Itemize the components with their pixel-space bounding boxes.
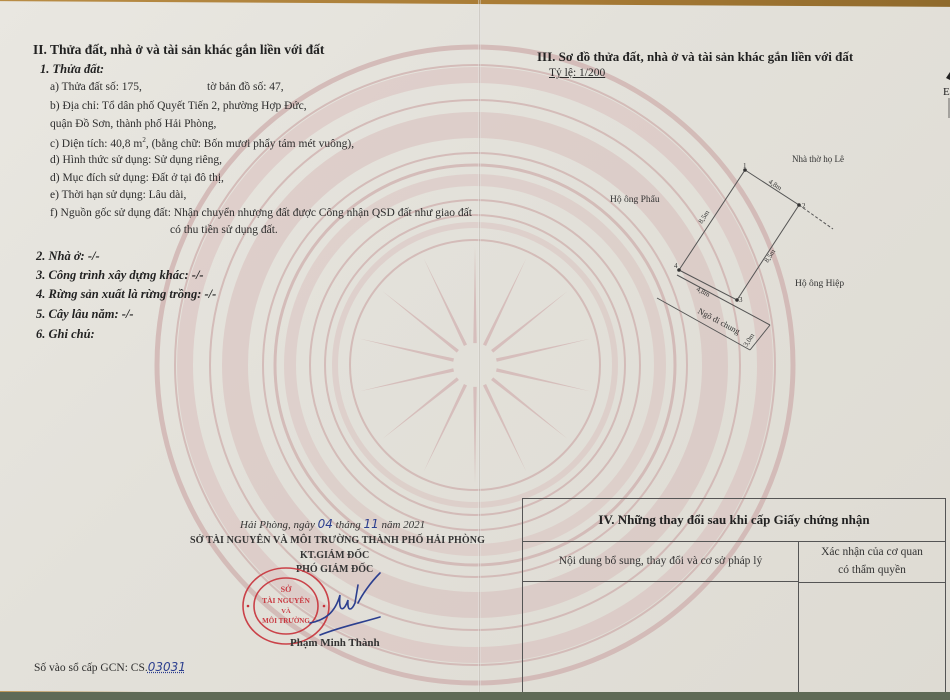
background-edge xyxy=(0,692,950,700)
parcel-plan: Nhà thờ họ Lê Hộ ông Phẩu Hộ ông Hiệp 1 … xyxy=(600,150,880,380)
changes-table: IV. Những thay đổi sau khi cấp Giấy chứn… xyxy=(522,498,946,698)
item-house: 2. Nhà ở: -/- xyxy=(36,249,100,264)
column-header-confirmation: Xác nhận của cơ quan có thẩm quyền xyxy=(799,541,945,583)
item-other-construction: 3. Công trình xây dựng khác: -/- xyxy=(36,268,204,283)
month-label: tháng xyxy=(336,519,361,531)
parcel-number: a) Thửa đất số: 175, xyxy=(50,81,142,93)
page-fold xyxy=(478,0,481,700)
area-value: c) Diện tích: 40,8 m xyxy=(50,138,142,150)
item-perennial-trees: 5. Cây lâu năm: -/- xyxy=(36,307,134,322)
column-header-changes: Nội dung bổ sung, thay đổi và cơ sở pháp… xyxy=(523,541,799,582)
section-2-title: II. Thửa đất, nhà ở và tài sản khác gắn … xyxy=(33,42,324,58)
svg-text:E: E xyxy=(943,86,950,98)
registry-number: Số vào sổ cấp GCN: CS.03031 xyxy=(34,660,186,674)
point-2: 2 xyxy=(802,202,806,210)
signer-name: Phạm Minh Thành xyxy=(290,637,380,649)
neighbor-north-label: Nhà thờ họ Lê xyxy=(792,154,844,164)
address-line-1: b) Địa chỉ: Tổ dân phố Quyết Tiến 2, phư… xyxy=(50,100,307,112)
land-origin-line-2: có thu tiền sử dụng đất. xyxy=(170,224,278,236)
signer-role-1: KT.GIÁM ĐỐC xyxy=(300,550,369,561)
usage-form: d) Hình thức sử dụng: Sử dụng riêng, xyxy=(50,154,222,166)
usage-term: e) Thời hạn sử dụng: Lâu dài, xyxy=(50,189,186,201)
neighbor-west-label: Hộ ông Phẩu xyxy=(610,195,660,205)
map-sheet-number: tờ bản đồ số: 47, xyxy=(207,81,284,93)
issue-place: Hải Phòng, ngày xyxy=(240,519,315,531)
issue-month: 11 xyxy=(363,517,378,531)
registry-label: Số vào sổ cấp GCN: CS. xyxy=(34,662,148,674)
page-edge-mark: E xyxy=(940,70,950,120)
neighbor-east-label: Hộ ông Hiệp xyxy=(795,279,844,289)
issue-day: 04 xyxy=(318,517,333,531)
svg-text:SỞ: SỞ xyxy=(281,584,292,594)
confirmation-header-line-1: Xác nhận của cơ quan xyxy=(821,544,923,561)
point-3: 3 xyxy=(739,296,743,304)
scale: Tỷ lệ: 1/200 xyxy=(549,67,605,79)
point-4: 4 xyxy=(674,262,678,270)
column-divider xyxy=(798,582,799,697)
subsection-1-title: 1. Thửa đất: xyxy=(40,62,104,77)
item-notes: 6. Ghi chú: xyxy=(36,327,95,342)
section-4-title: IV. Những thay đổi sau khi cấp Giấy chứn… xyxy=(523,499,945,542)
issuing-authority: SỞ TÀI NGUYÊN VÀ MÔI TRƯỜNG THÀNH PHỐ HẢ… xyxy=(190,535,485,546)
area: c) Diện tích: 40,8 m2, (bằng chữ: Bốn mư… xyxy=(50,136,354,150)
registry-value: 03031 xyxy=(148,660,186,674)
confirmation-header-line-2: có thẩm quyền xyxy=(821,562,923,579)
point-1: 1 xyxy=(743,162,747,170)
item-production-forest: 4. Rừng sản xuất là rừng trồng: -/- xyxy=(36,287,216,302)
svg-text:VÀ: VÀ xyxy=(281,607,291,615)
issue-year: năm 2021 xyxy=(381,519,425,531)
area-in-words: , (bằng chữ: Bốn mươi phẩy tám mét vuông… xyxy=(146,138,354,150)
handwritten-signature xyxy=(300,565,400,645)
land-origin-line-1: f) Nguồn gốc sử dụng đất: Nhận chuyển nh… xyxy=(50,207,472,219)
section-3-title: III. Sơ đồ thửa đất, nhà ở và tài sản kh… xyxy=(537,49,853,65)
issue-date: Hải Phòng, ngày 04 tháng 11 năm 2021 xyxy=(240,517,425,531)
usage-purpose: d) Mục đích sử dụng: Đất ở tại đô thị, xyxy=(50,172,224,184)
address-line-2: quận Đồ Sơn, thành phố Hải Phòng, xyxy=(50,118,216,130)
